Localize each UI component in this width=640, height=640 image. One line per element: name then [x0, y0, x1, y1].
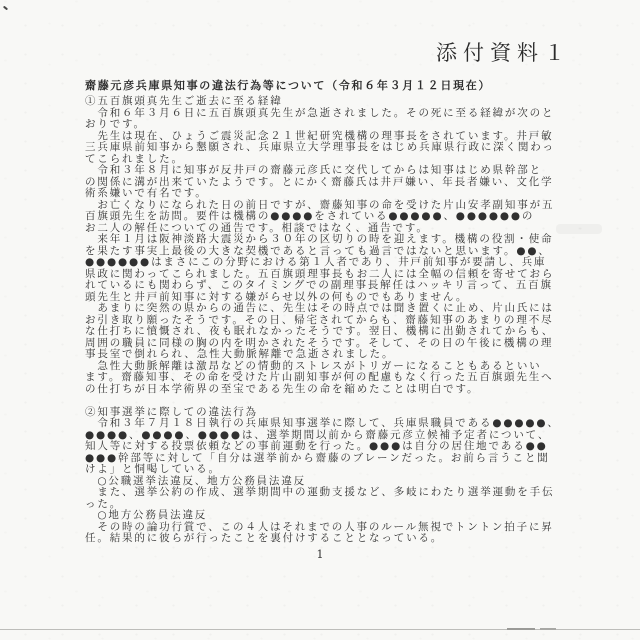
text-line: 来年１月は阪神淡路大震災から３０年の区切りの時を迎えます。機構の役割・使命: [85, 234, 571, 246]
text-line: な仕打ちに憤慨され、夜も眠れなかったそうです。翌日、機構に出勤されてからも、: [85, 326, 571, 338]
attachment-tag: 添付資料１: [436, 37, 571, 67]
text-line: 令和３年７月１８日執行の兵庫県知事選挙に際して、兵庫県職員である●●●●●、: [85, 418, 571, 430]
text-line: 令和６年３月６日に五百旗頭真先生が急逝されました。その死に至る経緯が次のと: [85, 108, 571, 120]
text-line: 事長室で倒れられ、急性大動脈解離で急逝されました。: [85, 349, 571, 361]
text-line: 令和３年８月に知事が反井戸の齋藤元彦氏に交代してからは知事はじめ県幹部と: [85, 165, 571, 177]
text-line: の仕打ちが日本学術界の至宝である先生の命を縮めたことは明白です。: [85, 384, 571, 396]
document-body: ①五百旗頭真先生ご逝去に至る経緯 令和６年３月６日に五百旗頭真先生が急逝されまし…: [85, 96, 571, 545]
text-line: 百旗頭先生を訪問。要件は機構の●●●●をされている●●●●●、●●●●●●の: [85, 211, 571, 223]
text-line: おりです。: [85, 119, 571, 131]
text-line: れているにも関わらず、このタイミングでの副理事長解任はハッキリ言って、五百旗: [85, 280, 571, 292]
text-line: [85, 395, 571, 407]
text-line: けよ」と恫喝している。: [85, 464, 571, 476]
text-line: ①五百旗頭真先生ご逝去に至る経緯: [85, 96, 571, 108]
scan-smudge: [556, 224, 602, 234]
text-line: 任。結果的に彼らが行ったことを裏付けすることとなっている。: [85, 533, 571, 545]
text-line: また、選挙公約の作成、選挙期間中の運動支援など、多岐にわたり選挙運動を手伝: [85, 487, 571, 499]
scan-edge-artifact: [540, 628, 556, 630]
text-line: 術系嫌いで有名です。: [85, 188, 571, 200]
text-line: ます。齋藤知事、その命を受けた片山副知事が何の配慮もなく行った五百旗頭先生へ: [85, 372, 571, 384]
text-line: 三兵庫県前知事から懇願され、兵庫県立大学理事長をはじめ兵庫県行政に深く関わっ: [85, 142, 571, 154]
scan-edge-artifact: [507, 628, 535, 630]
text-line: 知人等に対する投票依頼などの事前運動を行った。●●●は自分の居住地である●●: [85, 441, 571, 453]
text-line: ○地方公務員法違反: [85, 510, 571, 522]
scanned-document-page: 添付資料１ 齋藤元彦兵庫県知事の違法行為等について（令和６年３月１２日現在） ①…: [0, 0, 640, 640]
scan-corner-artifact: [3, 6, 8, 11]
document-title: 齋藤元彦兵庫県知事の違法行為等について（令和６年３月１２日現在）: [85, 77, 491, 93]
text-line: あまりに突然の県からの通告に、先生はその時点では聞き置くに止め、片山氏には: [85, 303, 571, 315]
text-line: ●●●●●●はまさにこの分野における第１人者であり、井戸前知事が要請し、兵庫: [85, 257, 571, 269]
page-number: 1: [0, 548, 640, 561]
